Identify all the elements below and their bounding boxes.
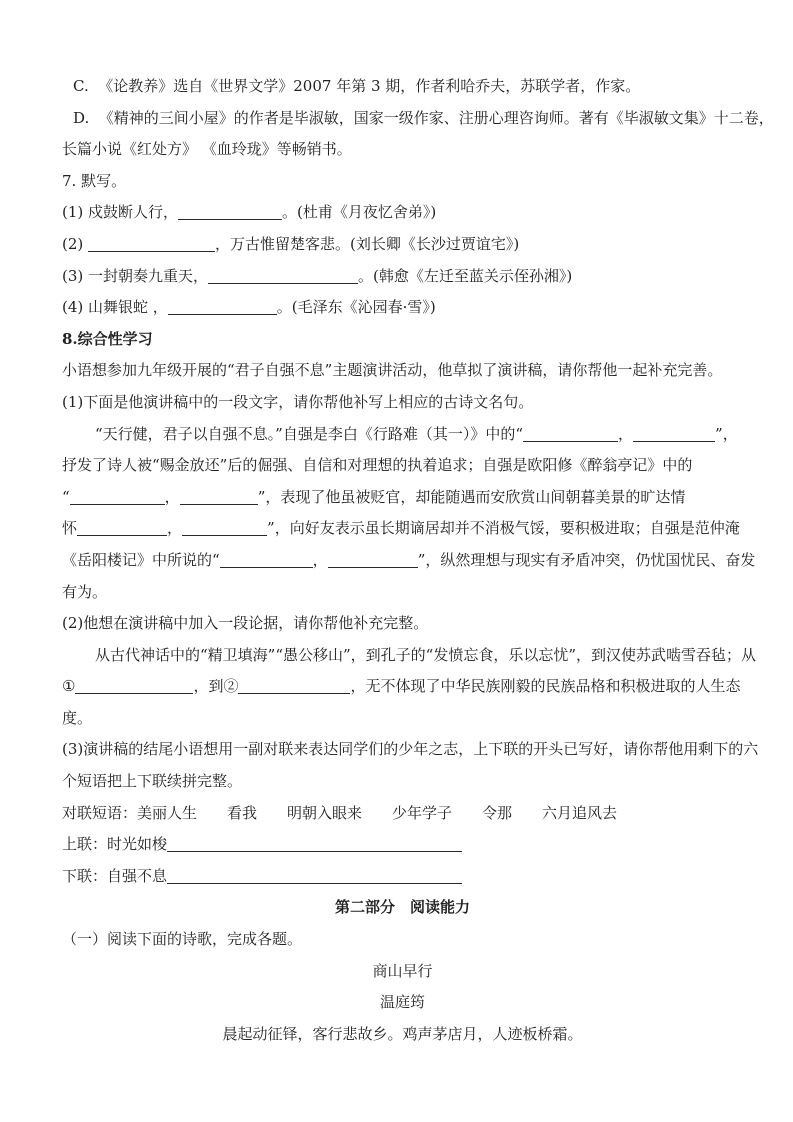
question8-intro-text: 小语想参加九年级开展的“君子自强不息”主题演讲活动，他草拟了演讲稿，请你帮他一起…: [62, 361, 722, 379]
poem-title: 商山早行: [62, 956, 743, 988]
blank-line: [220, 555, 313, 568]
blank-line: [523, 429, 618, 442]
argument-line-2: ①，到②，无不体现了中华民族刚毅的民族品格和积极进取的人生态: [62, 671, 743, 703]
blank-line: [77, 523, 167, 536]
speech-text: ，: [167, 519, 182, 537]
subquestion3-prompt-text: (3)演讲稿的结尾小语想用一副对联来表达同学们的少年之志，上下联的开头已写好，请…: [62, 740, 758, 758]
blank-line: [208, 271, 358, 284]
argument-text: ①: [62, 677, 75, 695]
speech-line-3: “，”，表现了他虽被贬官，却能随遇而安欣赏山间朝暮美景的旷达情: [62, 482, 743, 514]
speech-text: ”，纵然理想与现实有矛盾冲突，仍忧国忧民、奋发: [418, 551, 756, 569]
dictation-item-2: (2) ，万古惟留楚客悲。(刘长卿《长沙过贾谊宅》): [62, 229, 743, 261]
item-text-post: 。(毛泽东《沁园春·雪》): [277, 298, 436, 316]
item-text-pre: (3) 一封朝奏九重天，: [62, 267, 208, 285]
item-text-pre: (4) 山舞银蛇 ，: [62, 298, 168, 316]
speech-text: ”，: [715, 425, 738, 443]
argument-line-1: 从古代神话中的“精卫填海”“愚公移山”，到孔子的“发愤忘食，乐以忘忧”，到汉使苏…: [62, 640, 743, 672]
item-text-post: ，万古惟留楚客悲。(刘长卿《长沙过贾谊宅》): [215, 235, 519, 253]
option-d-line2: 长篇小说《红处方》 《血玲珑》等畅销书。: [62, 134, 743, 166]
speech-text: ，: [618, 425, 633, 443]
blank-line: [167, 839, 462, 852]
blank-line: [70, 492, 165, 505]
dictation-item-4: (4) 山舞银蛇 ，。(毛泽东《沁园春·雪》): [62, 292, 743, 324]
speech-line-5: 《岳阳楼记》中所说的“，”，纵然理想与现实有矛盾冲突，仍忧国忧民、奋发: [62, 545, 743, 577]
poem-title-text: 商山早行: [372, 962, 432, 980]
speech-text: ”，表现了他虽被贬官，却能随遇而安欣赏山间朝暮美景的旷达情: [258, 488, 686, 506]
item-text-pre: (2): [62, 235, 88, 253]
subquestion3-prompt-text: 个短语把上下联续拼完整。: [62, 772, 242, 790]
option-d-text-line2: 长篇小说《红处方》 《血玲珑》等畅销书。: [62, 140, 352, 158]
couplet-upper-text: 上联：时光如梭: [62, 835, 167, 853]
couplet-upper: 上联：时光如梭: [62, 829, 743, 861]
speech-text: 《岳阳楼记》中所说的“: [62, 551, 220, 569]
blank-line: [633, 429, 715, 442]
option-d-line1: D. 《精神的三间小屋》的作者是毕淑敏，国家一级作家、注册心理咨询师。著有《毕淑…: [62, 103, 743, 135]
item-text-pre: (1) 戍鼓断人行，: [62, 203, 178, 221]
poem-line-text: 晨起动征铎，客行悲故乡。鸡声茅店月，人迹板桥霜。: [222, 1025, 582, 1043]
argument-line-3: 度。: [62, 703, 743, 735]
speech-line-2: 抒发了诗人被“赐金放还”后的倔强、自信和对理想的执着追求；自强是欧阳修《醉翁亭记…: [62, 450, 743, 482]
dictation-item-1: (1) 戍鼓断人行，。(杜甫《月夜忆舍弟》): [62, 197, 743, 229]
speech-text: ”，向好友表示虽长期谪居却并不消极气馁，要积极进取；自强是范仲淹: [267, 519, 740, 537]
dictation-item-3: (3) 一封朝奏九重天，。(韩愈《左迁至蓝关示侄孙湘》): [62, 261, 743, 293]
question8-heading: 8.综合性学习: [62, 324, 743, 356]
blank-line: [328, 555, 418, 568]
poem-author: 温庭筠: [62, 987, 743, 1019]
speech-text: “天行健，君子以自强不息。”自强是李白《行路难（其一）》中的“: [95, 425, 523, 443]
question8-intro: 小语想参加九年级开展的“君子自强不息”主题演讲活动，他草拟了演讲稿，请你帮他一起…: [62, 355, 743, 387]
part2-heading-text: 第二部分 阅读能力: [335, 898, 470, 916]
subquestion2-prompt: (2)他想在演讲稿中加入一段论据，请你帮他补充完整。: [62, 608, 743, 640]
speech-text: 有为。: [62, 583, 107, 601]
couplet-lower: 下联：自强不息: [62, 861, 743, 893]
blank-line: [88, 239, 215, 252]
option-c: C. 《论教养》选自《世界文学》2007 年第 3 期，作者利哈乔夫，苏联学者，…: [62, 71, 743, 103]
couplet-phrases-text: 对联短语：美丽人生 看我 明朝入眼来 少年学子 令那 六月追风去: [62, 804, 617, 822]
poem-line: 晨起动征铎，客行悲故乡。鸡声茅店月，人迹板桥霜。: [62, 1019, 743, 1051]
item-text-post: 。(杜甫《月夜忆舍弟》): [282, 203, 436, 221]
subquestion3-prompt-line1: (3)演讲稿的结尾小语想用一副对联来表达同学们的少年之志，上下联的开头已写好，请…: [62, 734, 743, 766]
subquestion2-prompt-text: (2)他想在演讲稿中加入一段论据，请你帮他补充完整。: [62, 614, 428, 632]
argument-text: 度。: [62, 709, 92, 727]
couplet-lower-text: 下联：自强不息: [62, 867, 167, 885]
item-text-post: 。(韩愈《左迁至蓝关示侄孙湘》): [358, 267, 572, 285]
worksheet-page: C. 《论教养》选自《世界文学》2007 年第 3 期，作者利哈乔夫，苏联学者，…: [0, 0, 793, 1122]
option-c-text: C. 《论教养》选自《世界文学》2007 年第 3 期，作者利哈乔夫，苏联学者，…: [73, 77, 640, 95]
speech-text: 怀: [62, 519, 77, 537]
speech-line-4: 怀，”，向好友表示虽长期谪居却并不消极气馁，要积极进取；自强是范仲淹: [62, 513, 743, 545]
blank-line: [75, 681, 193, 694]
argument-text: ，无不体现了中华民族刚毅的民族品格和积极进取的人生态: [350, 677, 740, 695]
blank-line: [167, 871, 462, 884]
subquestion1-prompt-text: (1)下面是他演讲稿中的一段文字，请你帮他补写上相应的古诗文名句。: [62, 393, 533, 411]
couplet-phrases: 对联短语：美丽人生 看我 明朝入眼来 少年学子 令那 六月追风去: [62, 798, 743, 830]
blank-line: [180, 492, 258, 505]
subquestion3-prompt-line2: 个短语把上下联续拼完整。: [62, 766, 743, 798]
subquestion1-prompt: (1)下面是他演讲稿中的一段文字，请你帮他补写上相应的古诗文名句。: [62, 387, 743, 419]
part2-heading: 第二部分 阅读能力: [62, 892, 743, 924]
blank-line: [238, 681, 350, 694]
speech-text: 抒发了诗人被“赐金放还”后的倔强、自信和对理想的执着追求；自强是欧阳修《醉翁亭记…: [62, 456, 692, 474]
question7-heading-text: 7. 默写。: [62, 172, 126, 190]
blank-line: [168, 302, 277, 315]
reading-intro: （一）阅读下面的诗歌，完成各题。: [62, 924, 743, 956]
reading-intro-text: （一）阅读下面的诗歌，完成各题。: [62, 930, 302, 948]
argument-text: ，到②: [193, 677, 238, 695]
speech-line-1: “天行健，君子以自强不息。”自强是李白《行路难（其一）》中的“，”，: [62, 419, 743, 451]
question7-heading: 7. 默写。: [62, 166, 743, 198]
blank-line: [182, 523, 267, 536]
question8-heading-text: 8.综合性学习: [62, 330, 153, 348]
speech-line-6: 有为。: [62, 577, 743, 609]
speech-text: ，: [165, 488, 180, 506]
option-d-text-line1: D. 《精神的三间小屋》的作者是毕淑敏，国家一级作家、注册心理咨询师。著有《毕淑…: [73, 109, 774, 127]
speech-text: ，: [313, 551, 328, 569]
blank-line: [178, 207, 282, 220]
poem-author-text: 温庭筠: [380, 993, 425, 1011]
speech-text: “: [62, 488, 70, 506]
argument-text: 从古代神话中的“精卫填海”“愚公移山”，到孔子的“发愤忘食，乐以忘忧”，到汉使苏…: [95, 646, 756, 664]
